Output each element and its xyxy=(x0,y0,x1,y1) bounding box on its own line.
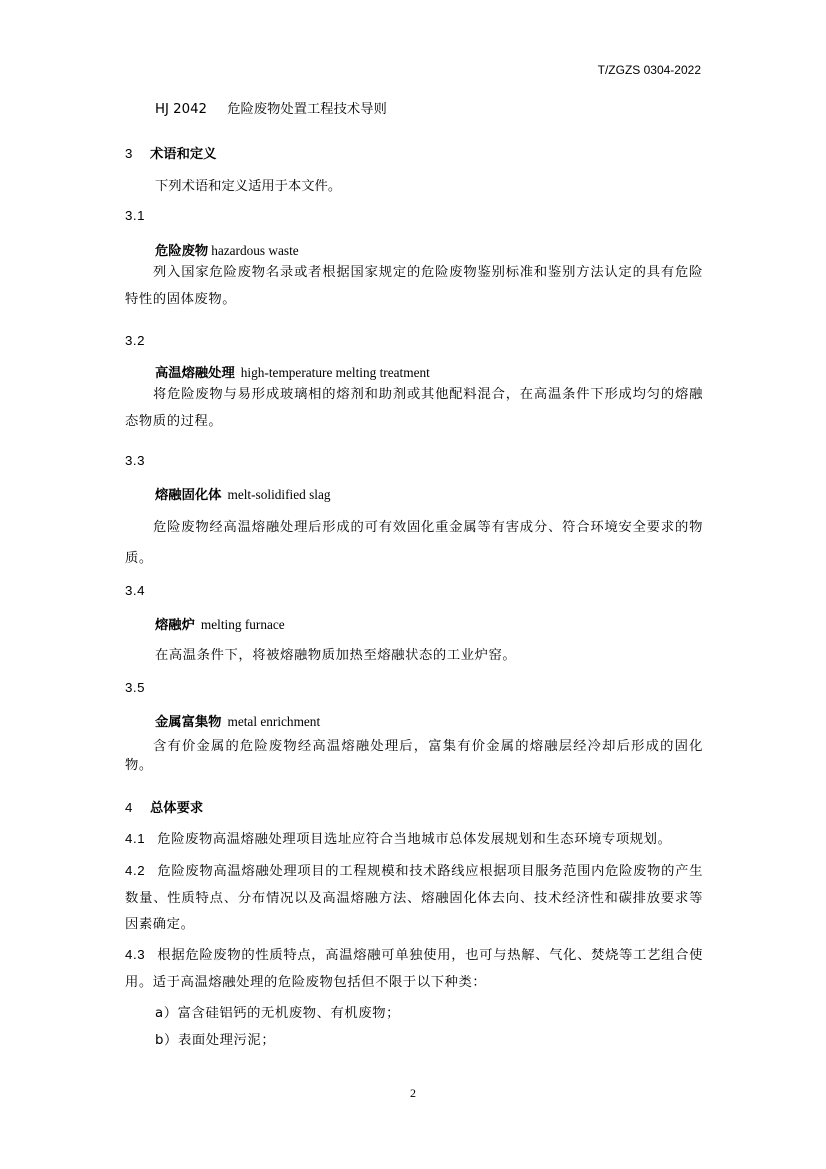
clause-4-3: 4.3根据危险废物的性质特点，高温熔融可单独使用，也可与热解、气化、焚烧等工艺组… xyxy=(125,942,703,996)
reference-code: HJ 2042 xyxy=(155,102,207,117)
term-definition: 列入国家危险废物名录或者根据国家规定的危险废物鉴别标准和鉴别方法认定的具有危险特… xyxy=(125,260,703,313)
list-text: 富含硅铝钙的无机废物、有机废物； xyxy=(178,1006,400,1021)
term-definition: 危险废物经高温熔融处理后形成的可有效固化重金属等有害成分、符合环境安全要求的物质… xyxy=(125,512,703,574)
section-title: 总体要求 xyxy=(150,801,203,816)
term-number: 3.4 xyxy=(125,583,145,598)
list-label: a） xyxy=(155,1006,178,1021)
term-en: melt-solidified slag xyxy=(227,487,330,502)
normative-reference: HJ 2042 危险废物处置工程技术导则 xyxy=(155,102,387,118)
section-number: 4 xyxy=(125,800,133,815)
clause-number: 4.2 xyxy=(125,863,145,878)
term-number: 3.5 xyxy=(125,680,145,695)
term-heading: 金属富集物metal enrichment xyxy=(155,711,320,730)
term-en: metal enrichment xyxy=(227,714,320,729)
term-cn: 熔融固化体 xyxy=(155,488,221,503)
term-heading: 熔融炉melting furnace xyxy=(155,614,285,633)
term-cn: 熔融炉 xyxy=(155,618,195,633)
list-label: b） xyxy=(155,1033,178,1048)
clause-number: 4.1 xyxy=(125,831,145,846)
clause-4-2: 4.2危险废物高温熔融处理项目的工程规模和技术路线应根据项目服务范围内危险废物的… xyxy=(125,858,703,939)
document-id-header: T/ZGZS 0304-2022 xyxy=(598,63,701,77)
list-text: 表面处理污泥； xyxy=(178,1033,275,1048)
term-definition: 将危险废物与易形成玻璃相的熔剂和助剂或其他配料混合，在高温条件下形成均匀的熔融态… xyxy=(125,382,703,435)
list-item: a）富含硅铝钙的无机废物、有机废物； xyxy=(155,1006,400,1022)
clause-text: 根据危险废物的性质特点，高温熔融可单独使用，也可与热解、气化、焚烧等工艺组合使用… xyxy=(125,948,703,990)
term-heading: 危险废物hazardous waste xyxy=(155,240,299,259)
term-heading: 熔融固化体melt-solidified slag xyxy=(155,484,331,503)
clause-4-1: 4.1危险废物高温熔融处理项目选址应符合当地城市总体发展规划和生态环境专项规划。 xyxy=(125,826,703,854)
term-cn: 金属富集物 xyxy=(155,715,221,730)
clause-text: 危险废物高温熔融处理项目选址应符合当地城市总体发展规划和生态环境专项规划。 xyxy=(157,832,671,847)
term-number: 3.1 xyxy=(125,208,145,223)
reference-title: 危险废物处置工程技术导则 xyxy=(227,102,387,117)
term-en: melting furnace xyxy=(201,617,285,632)
list-item: b）表面处理污泥； xyxy=(155,1033,275,1049)
term-en: high-temperature melting treatment xyxy=(241,365,430,380)
term-number: 3.3 xyxy=(125,453,145,468)
clause-number: 4.3 xyxy=(125,947,145,962)
term-definition: 含有价金属的危险废物经高温熔融处理后，富集有价金属的熔融层经冷却后形成的固化物。 xyxy=(125,737,703,775)
section-3-intro: 下列术语和定义适用于本文件。 xyxy=(155,179,341,195)
term-number: 3.2 xyxy=(125,333,145,348)
term-cn: 高温熔融处理 xyxy=(155,366,235,381)
term-heading: 高温熔融处理high-temperature melting treatment xyxy=(155,362,430,381)
section-title: 术语和定义 xyxy=(150,147,216,162)
section-3-heading: 3 术语和定义 xyxy=(125,143,216,162)
section-number: 3 xyxy=(125,146,133,161)
clause-text: 危险废物高温熔融处理项目的工程规模和技术路线应根据项目服务范围内危险废物的产生数… xyxy=(125,864,703,932)
term-cn: 危险废物 xyxy=(155,244,208,259)
section-4-heading: 4 总体要求 xyxy=(125,797,203,816)
term-en: hazardous waste xyxy=(211,243,299,258)
term-definition: 在高温条件下，将被熔融物质加热至熔融状态的工业炉窑。 xyxy=(155,648,516,664)
page-number: 2 xyxy=(410,1086,416,1101)
